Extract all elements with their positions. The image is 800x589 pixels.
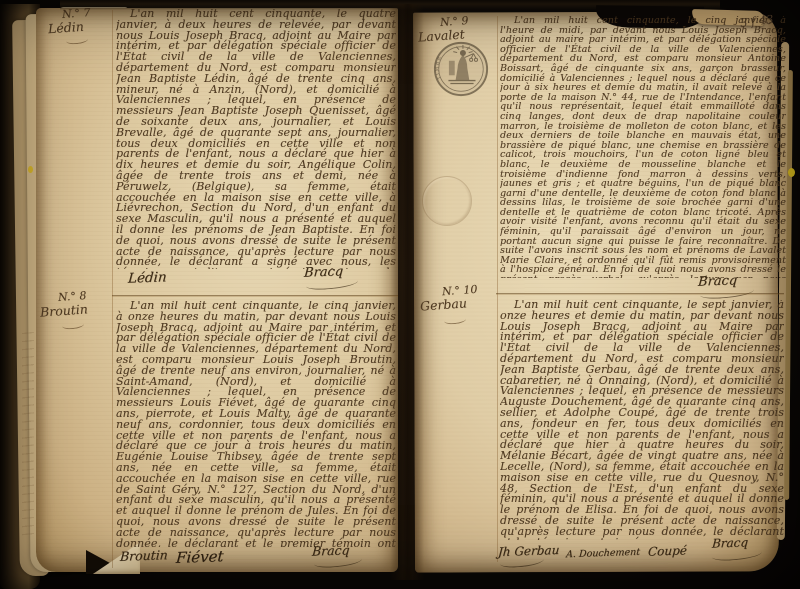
foxing-patch bbox=[540, 430, 660, 510]
signature-broutin: Broutin bbox=[119, 547, 168, 564]
timbre-stamp-icon: TIMBRE bbox=[432, 40, 490, 98]
ink-bleedthrough bbox=[22, 330, 34, 540]
timbre-stamp: TIMBRE bbox=[432, 40, 490, 98]
foxing-patch bbox=[300, 30, 390, 90]
entry-separator bbox=[496, 293, 784, 294]
right-margin-rule bbox=[497, 16, 498, 562]
stain bbox=[28, 166, 33, 173]
register-scan: N.° 7 Lédin L'an mil huit cent cinquante… bbox=[0, 0, 800, 589]
signature-fievet: Fiévet bbox=[175, 547, 224, 567]
left-margin-rule bbox=[112, 10, 113, 568]
stain bbox=[788, 168, 795, 177]
entry-separator bbox=[112, 295, 398, 296]
signature-coupe: Coupé bbox=[648, 543, 688, 558]
entry-10-text: L'an mil huit cent cinquante, le sept ja… bbox=[500, 300, 784, 540]
entry-7-margin-name: Lédin bbox=[48, 19, 85, 36]
entry-8-text: L'an mil huit cent cinquante, le cinq ja… bbox=[116, 301, 396, 547]
entry-9-text: L'an mil huit cent cinquante, le cinq ja… bbox=[500, 16, 786, 278]
signature-ledin: Lédin bbox=[127, 269, 167, 286]
blind-emboss-stamp bbox=[422, 176, 472, 226]
